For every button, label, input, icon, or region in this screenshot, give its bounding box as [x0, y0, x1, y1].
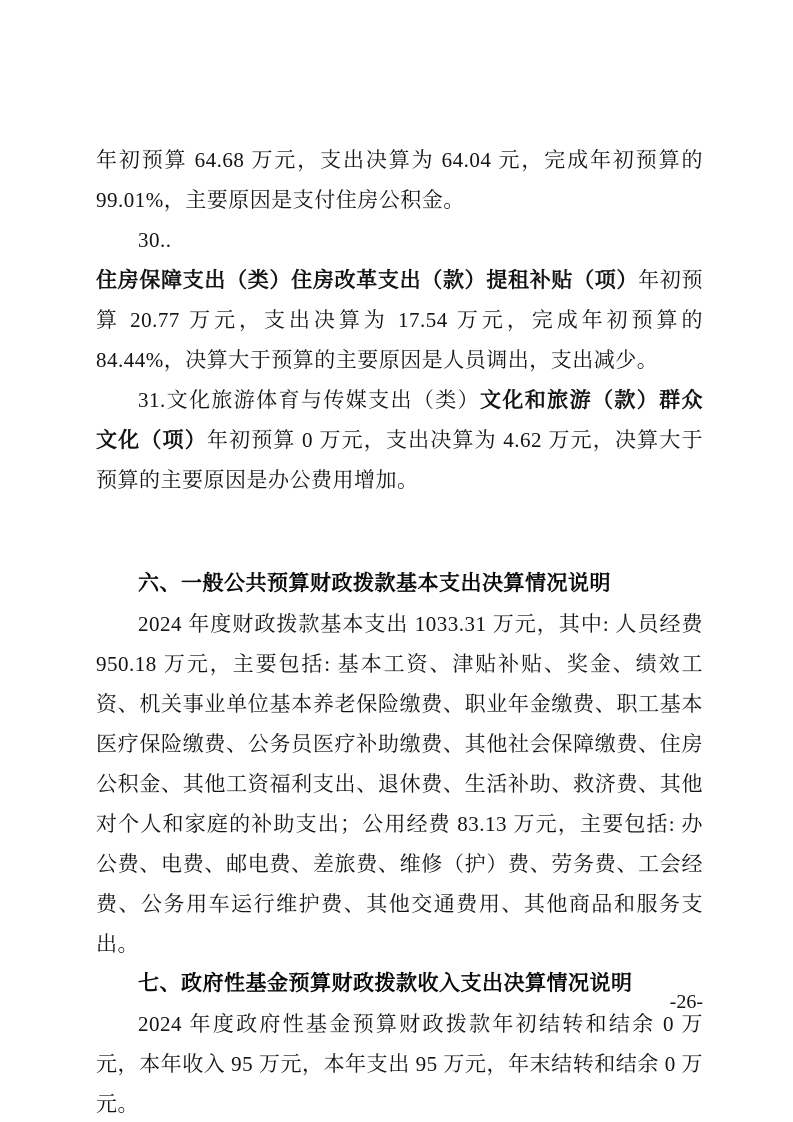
text-run: 2024 年度财政拨款基本支出 1033.31 万元，其中: 人员经费 950.…: [96, 612, 703, 956]
text-run: 年初预算 64.68 万元，支出决算为 64.04 元，完成年初预算的 99.0…: [96, 148, 703, 212]
text-run: 2024 年度政府性基金预算财政拨款年初结转和结余 0 万元，本年收入 95 万…: [96, 1012, 703, 1116]
bold-text-run: 住房保障支出（类）住房改革支出（款）提租补贴（项）: [96, 268, 638, 292]
paragraph: 30..住房保障支出（类）住房改革支出（款）提租补贴（项）年初预算 20.77 …: [96, 220, 703, 380]
page-number: -26-: [670, 991, 703, 1013]
document-body: 年初预算 64.68 万元，支出决算为 64.04 元，完成年初预算的 99.0…: [96, 140, 703, 1122]
section-heading: 六、一般公共预算财政拨款基本支出决算情况说明: [96, 564, 703, 604]
text-run: 31.文化旅游体育与传媒支出（类）: [138, 388, 480, 412]
document-page: 年初预算 64.68 万元，支出决算为 64.04 元，完成年初预算的 99.0…: [0, 0, 793, 1122]
paragraph: 2024 年度财政拨款基本支出 1033.31 万元，其中: 人员经费 950.…: [96, 604, 703, 964]
paragraph: 31.文化旅游体育与传媒支出（类）文化和旅游（款）群众文化（项）年初预算 0 万…: [96, 380, 703, 500]
page-footer: -26-: [96, 988, 703, 1016]
text-run: 30..: [138, 228, 172, 252]
paragraph: 2024 年度政府性基金预算财政拨款年初结转和结余 0 万元，本年收入 95 万…: [96, 1004, 703, 1122]
paragraph: 年初预算 64.68 万元，支出决算为 64.04 元，完成年初预算的 99.0…: [96, 140, 703, 220]
bold-text-run: 六、一般公共预算财政拨款基本支出决算情况说明: [138, 572, 611, 595]
